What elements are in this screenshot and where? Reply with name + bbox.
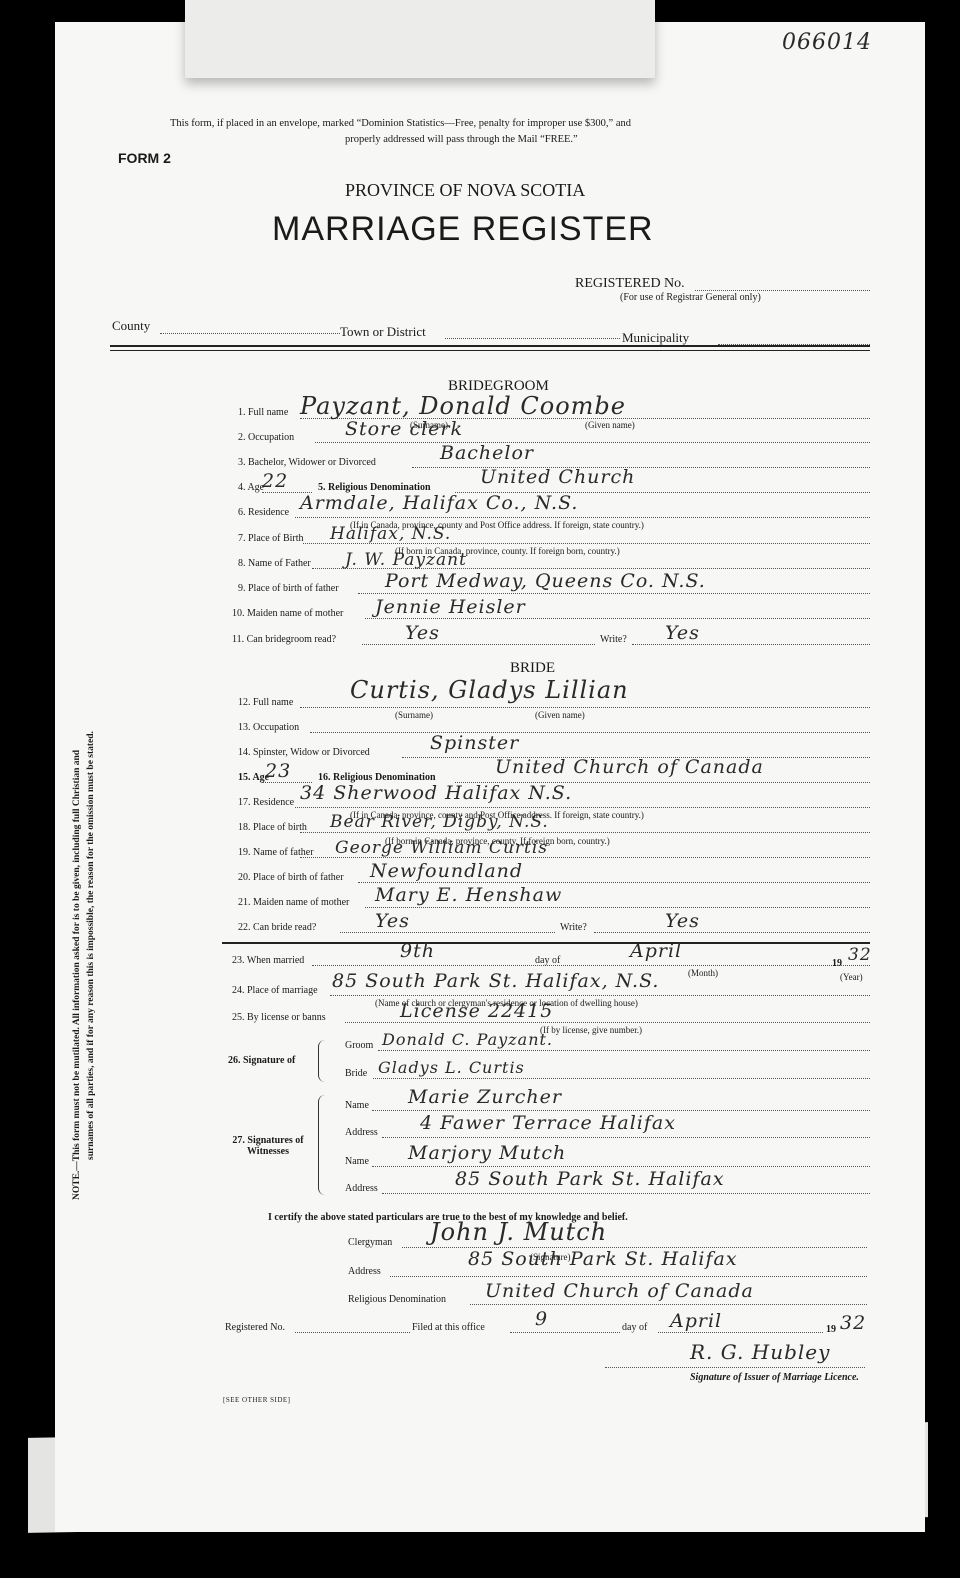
dotline	[330, 995, 870, 996]
bride-mother-value[interactable]: Mary E. Henshaw	[375, 884, 562, 906]
groom-father-birthplace-value[interactable]: Port Medway, Queens Co. N.S.	[385, 570, 706, 592]
dotline	[382, 1193, 870, 1194]
groom-mother-label: 10. Maiden name of mother	[232, 608, 343, 619]
groom-father-label: 8. Name of Father	[238, 558, 311, 569]
issuer-signature[interactable]: R. G. Hubley	[690, 1340, 830, 1364]
dotline	[378, 1050, 870, 1051]
section-rule	[222, 942, 870, 944]
when-married-label: 23. When married	[232, 955, 304, 966]
place-of-marriage-label: 24. Place of marriage	[232, 985, 318, 996]
dotline	[365, 618, 870, 619]
form-number: FORM 2	[118, 150, 171, 166]
header-rule	[110, 345, 870, 347]
dotline	[345, 1022, 870, 1023]
clergy-address-label: Address	[348, 1266, 381, 1277]
dotline	[372, 1166, 870, 1167]
bride-mother-label: 21. Maiden name of mother	[238, 897, 349, 908]
groom-occupation-label: 2. Occupation	[238, 432, 294, 443]
filed-year[interactable]: 32	[840, 1312, 866, 1334]
bride-full-name-value[interactable]: Curtis, Gladys Lillian	[350, 676, 629, 704]
bride-father-birthplace-label: 20. Place of birth of father	[238, 872, 344, 883]
groom-residence-value[interactable]: Armdale, Halifax Co., N.S.	[300, 492, 578, 514]
groom-father-value[interactable]: J. W. Payzant	[345, 550, 467, 570]
bride-occupation-field[interactable]	[310, 732, 870, 733]
page-title: MARRIAGE REGISTER	[272, 210, 654, 249]
clergy-address[interactable]: 85 South Park St. Halifax	[468, 1248, 738, 1270]
side-note: NOTE.—This form must not be mutilated. A…	[70, 550, 98, 1200]
year-hint: (Year)	[840, 972, 863, 982]
bride-birthplace-label: 18. Place of birth	[238, 822, 307, 833]
dotline	[358, 593, 870, 594]
registered-no-label: REGISTERED No.	[575, 276, 685, 292]
groom-signature-label: Groom	[345, 1040, 373, 1051]
mail-notice-2: properly addressed will pass through the…	[345, 134, 578, 145]
clergy-denomination-label: Religious Denomination	[348, 1294, 446, 1305]
registered-no-field[interactable]	[695, 290, 870, 291]
bride-father-birthplace-value[interactable]: Newfoundland	[370, 860, 523, 882]
groom-age-value[interactable]: 22	[262, 470, 288, 492]
bride-given-hint: (Given name)	[535, 710, 585, 720]
year-prefix: 19	[832, 958, 842, 969]
bride-signature[interactable]: Gladys L. Curtis	[378, 1058, 525, 1077]
signature-of-label: 26. Signature of	[228, 1055, 295, 1066]
dotline	[295, 807, 870, 808]
side-note-line-2: surnames of all parties, and if for any …	[84, 550, 98, 1200]
groom-write-value[interactable]: Yes	[665, 622, 700, 644]
signature-brace	[318, 1040, 325, 1082]
dotline	[295, 517, 870, 518]
filed-month[interactable]: April	[670, 1310, 722, 1332]
groom-write-label: Write?	[600, 634, 627, 645]
clergy-denomination[interactable]: United Church of Canada	[485, 1280, 754, 1302]
groom-occupation-value[interactable]: Store clerk	[345, 418, 463, 440]
dotline	[470, 1304, 867, 1305]
license-value[interactable]: License 22415	[400, 1000, 553, 1022]
filing-registered-field[interactable]	[295, 1332, 410, 1333]
filed-day-of-label: day of	[622, 1322, 647, 1333]
dotline	[358, 882, 870, 883]
groom-signature[interactable]: Donald C. Payzant.	[382, 1030, 553, 1049]
groom-birthplace-label: 7. Place of Birth	[238, 533, 304, 544]
county-label: County	[112, 318, 150, 334]
province-heading: PROVINCE OF NOVA SCOTIA	[345, 180, 585, 201]
groom-father-birthplace-label: 9. Place of birth of father	[238, 583, 339, 594]
dotline	[362, 644, 595, 645]
witness-1-address[interactable]: 4 Fawer Terrace Halifax	[420, 1112, 676, 1134]
clergyman-signature[interactable]: John J. Mutch	[430, 1218, 607, 1246]
witness-1-address-label: Address	[345, 1127, 378, 1138]
town-field[interactable]	[445, 338, 620, 339]
license-label: 25. By license or banns	[232, 1012, 326, 1023]
dotline	[658, 1332, 823, 1333]
dotline	[300, 707, 870, 708]
bride-heading: BRIDE	[510, 660, 555, 677]
bride-full-name-label: 12. Full name	[238, 697, 293, 708]
groom-mother-value[interactable]: Jennie Heisler	[375, 596, 526, 618]
dotline	[390, 1276, 867, 1277]
bride-status-label: 14. Spinster, Widow or Divorced	[238, 747, 370, 758]
month-hint: (Month)	[688, 968, 718, 978]
registrar-note: (For use of Registrar General only)	[620, 292, 761, 303]
groom-status-value[interactable]: Bachelor	[440, 442, 534, 464]
bride-occupation-label: 13. Occupation	[238, 722, 299, 733]
place-of-marriage-value[interactable]: 85 South Park St. Halifax, N.S.	[332, 970, 659, 992]
witness-1-name[interactable]: Marie Zurcher	[408, 1086, 562, 1108]
bride-write-label: Write?	[560, 922, 587, 933]
bride-age-value[interactable]: 23	[265, 760, 291, 782]
filing-registered-label: Registered No.	[225, 1322, 285, 1333]
bride-signature-label: Bride	[345, 1068, 367, 1079]
see-other-side: [SEE OTHER SIDE]	[223, 1396, 291, 1404]
bride-religion-value[interactable]: United Church of Canada	[495, 756, 764, 778]
bride-status-value[interactable]: Spinster	[430, 732, 519, 754]
marriage-day-value[interactable]: 9th	[400, 940, 435, 962]
bride-read-value[interactable]: Yes	[375, 910, 410, 932]
stamp-number: 066014	[782, 30, 872, 55]
day-of-label: day of	[535, 955, 560, 966]
filed-day[interactable]: 9	[535, 1308, 548, 1330]
marriage-month-value[interactable]: April	[630, 940, 682, 962]
clergyman-label: Clergyman	[348, 1237, 392, 1248]
town-label: Town or District	[340, 324, 426, 340]
witness-2-address[interactable]: 85 South Park St. Halifax	[455, 1168, 725, 1190]
given-hint: (Given name)	[585, 420, 635, 430]
side-note-line-1: NOTE.—This form must not be mutilated. A…	[70, 550, 84, 1200]
dotline	[312, 965, 870, 966]
issuer-label: Signature of Issuer of Marriage Licence.	[690, 1372, 859, 1383]
witness-1-name-label: Name	[345, 1100, 369, 1111]
dotline	[340, 932, 555, 933]
bride-surname-hint: (Surname)	[395, 710, 433, 720]
groom-read-value[interactable]: Yes	[405, 622, 440, 644]
groom-birthplace-value[interactable]: Halifax, N.S.	[330, 524, 451, 544]
dotline	[372, 1110, 870, 1111]
witness-brace	[318, 1095, 325, 1195]
dotline	[382, 1137, 870, 1138]
dotline	[605, 1367, 865, 1368]
groom-age-label: 4. Age	[238, 482, 264, 493]
groom-religion-value[interactable]: United Church	[480, 466, 635, 488]
bride-residence-value[interactable]: 34 Sherwood Halifax N.S.	[300, 782, 572, 804]
groom-residence-label: 6. Residence	[238, 507, 289, 518]
dotline	[632, 644, 870, 645]
bride-father-value[interactable]: George William Curtis	[335, 838, 548, 858]
groom-read-label: 11. Can bridegroom read?	[232, 634, 336, 645]
bride-residence-label: 17. Residence	[238, 797, 294, 808]
witnesses-label: 27. Signatures of Witnesses	[228, 1135, 308, 1157]
dotline	[510, 1332, 620, 1333]
dotline	[315, 442, 870, 443]
filed-year-prefix: 19	[826, 1324, 836, 1335]
dotline	[300, 832, 870, 833]
dotline	[594, 932, 870, 933]
dotline	[373, 1078, 870, 1079]
dotline	[365, 907, 870, 908]
bride-birthplace-value[interactable]: Bear River, Digby, N.S.	[330, 812, 549, 832]
county-field[interactable]	[160, 333, 340, 334]
groom-full-name-label: 1. Full name	[238, 407, 288, 418]
bride-read-label: 22. Can bride read?	[238, 922, 316, 933]
mail-notice-1: This form, if placed in an envelope, mar…	[170, 118, 631, 129]
paper-flap	[185, 0, 655, 78]
witness-2-name[interactable]: Marjory Mutch	[408, 1142, 566, 1164]
marriage-year-value[interactable]: 32	[848, 945, 872, 965]
groom-status-label: 3. Bachelor, Widower or Divorced	[238, 457, 376, 468]
groom-full-name-value[interactable]: Payzant, Donald Coombe	[300, 392, 626, 420]
municipality-label: Municipality	[622, 330, 689, 346]
witness-2-address-label: Address	[345, 1183, 378, 1194]
filed-label: Filed at this office	[412, 1322, 485, 1333]
license-hint: (If by license, give number.)	[540, 1025, 642, 1035]
witness-2-name-label: Name	[345, 1156, 369, 1167]
bride-write-value[interactable]: Yes	[665, 910, 700, 932]
header-rule-2	[110, 350, 870, 351]
